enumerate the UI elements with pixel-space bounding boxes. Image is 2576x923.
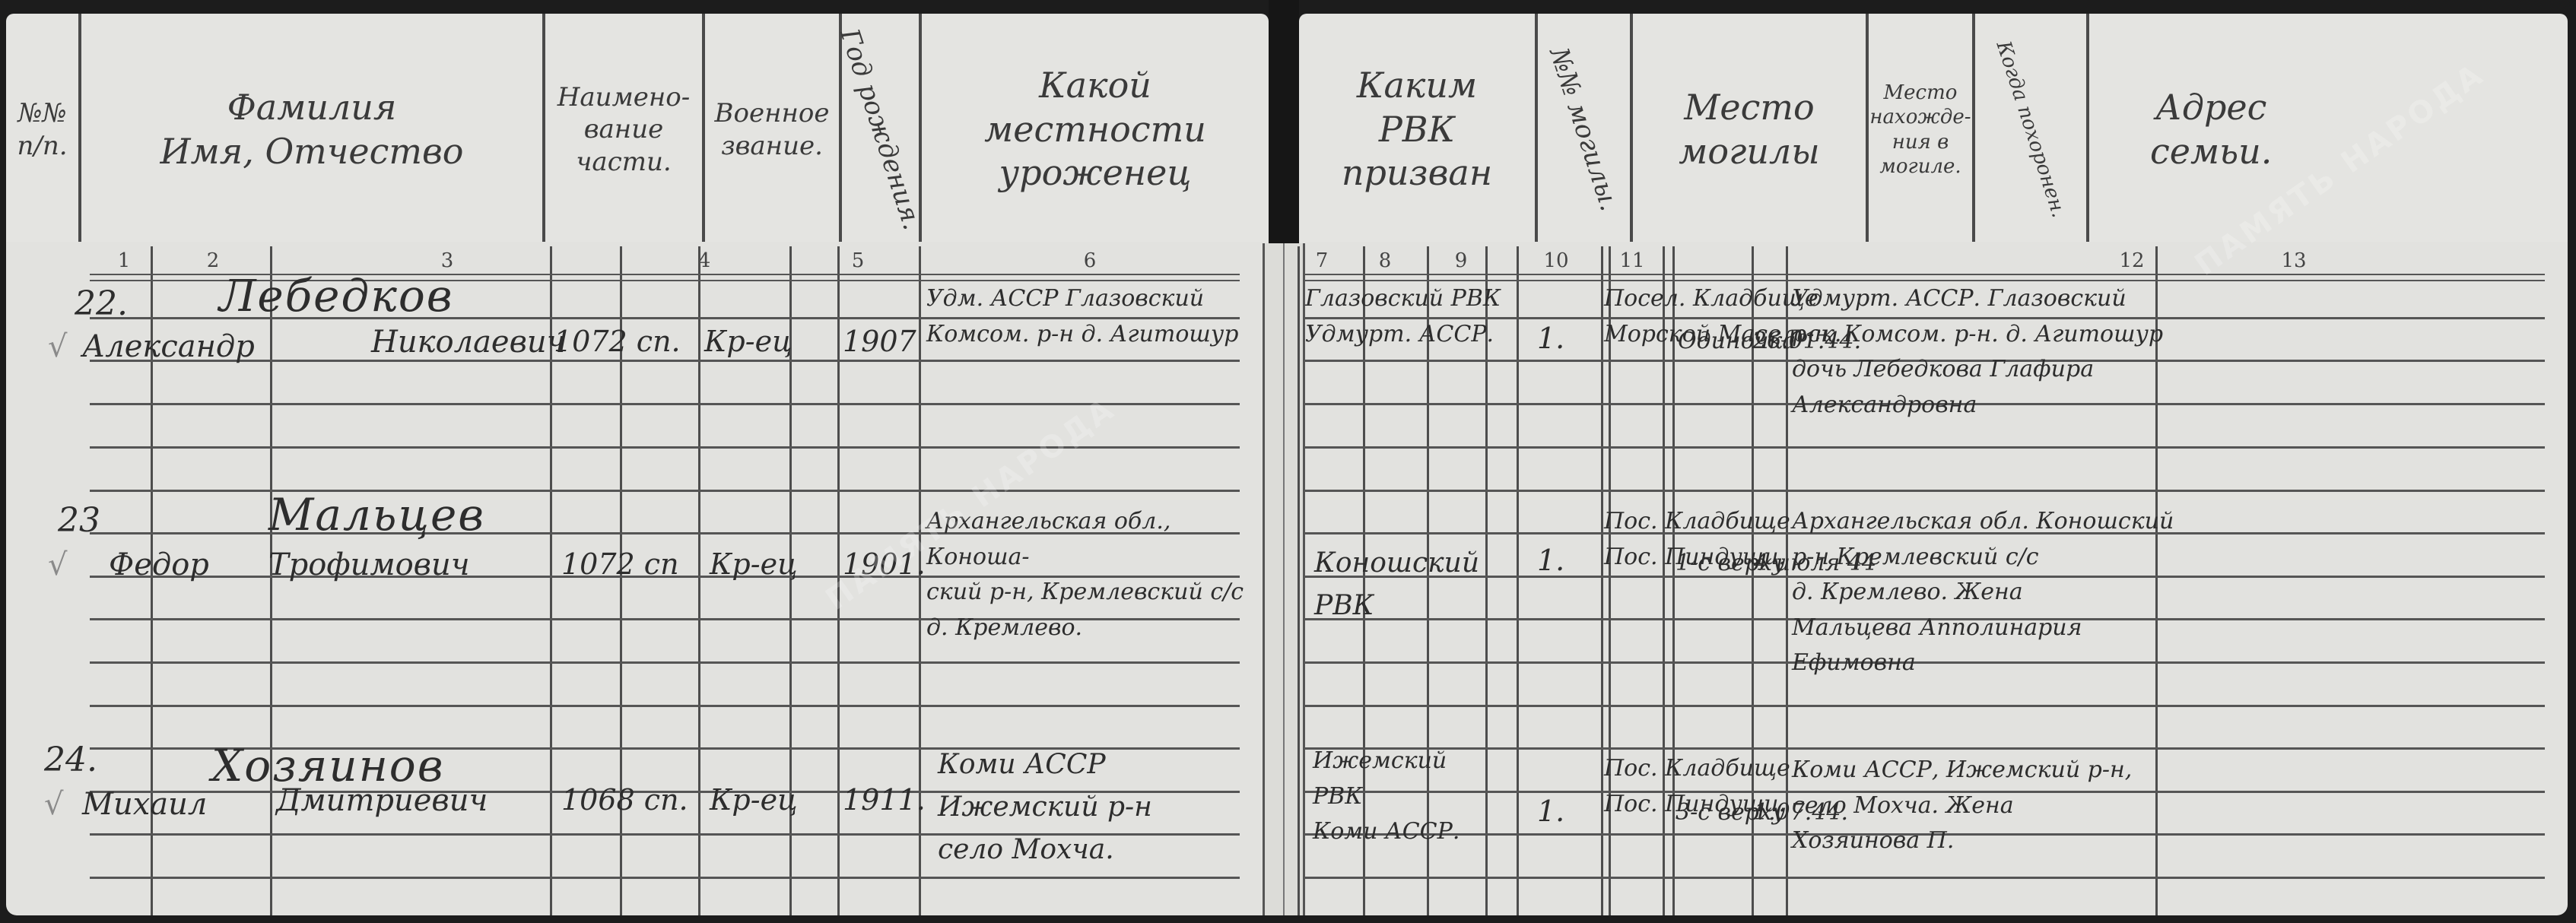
header-rank: Военное звание.: [702, 14, 839, 246]
register-spread: №№ п/п. Фамилия Имя, Отчество Наимено- в…: [0, 0, 2576, 923]
column-number: 6: [1084, 249, 1097, 272]
register-page-left: 1 2 3 4 5 6 22. √ Лебедков Алекса: [6, 242, 1263, 915]
record-surname: Мальцев: [268, 493, 485, 537]
grid-rule: [90, 705, 1240, 707]
grid-rule: [90, 490, 1240, 492]
grid-rule: [90, 877, 1240, 879]
book-gutter-shadow: [1269, 0, 1299, 251]
record-patronymic: Николаевич: [371, 327, 566, 357]
header-rvk: Каким РВК призван: [1299, 14, 1535, 246]
record-grave-number: 1.: [1537, 546, 1564, 575]
record-unit: 1072 сп: [561, 550, 679, 579]
header-grave-place: Место могилы: [1630, 14, 1866, 246]
grid-rule: [1305, 274, 2545, 281]
record-number: 23: [58, 504, 100, 538]
column-number: 3: [441, 249, 454, 272]
record-first-name: Александр: [82, 331, 255, 362]
checkmark-icon: √: [44, 789, 64, 820]
grid-rule: [1298, 246, 1300, 915]
grid-rule: [1305, 877, 2545, 879]
record-patronymic: Дмитриевич: [276, 785, 488, 816]
grid-rule: [1305, 705, 2545, 707]
record-number: 22.: [75, 287, 128, 321]
record-family-address: Коми АССР, Ижемский р-н, село Мохча. Жен…: [1792, 753, 2132, 859]
record-first-name: Михаил: [82, 789, 207, 820]
record-birth-year: 1911.: [843, 785, 926, 814]
record-birth-year: 1907: [843, 327, 916, 356]
grid-rule: [90, 661, 1240, 664]
header-burial-date-text: Когда похоронен.: [1990, 38, 2071, 220]
record-birthplace: Коми АССР Ижемский р-н село Мохча.: [938, 744, 1152, 871]
grid-rule: [1305, 747, 2545, 750]
checkmark-icon: √: [48, 550, 68, 580]
record-birth-year: 1901.: [843, 550, 926, 579]
record-birthplace: Удм. АССР Глазовский Комсом. р-н д. Агит…: [926, 281, 1238, 352]
record-patronymic: Трофимович: [268, 550, 470, 580]
record-first-name: Федор: [109, 550, 209, 580]
grid-rule: [1305, 490, 2545, 492]
record-rank: Кр-ец: [704, 327, 792, 356]
header-record-number: №№ п/п.: [6, 14, 78, 246]
header-position-in-grave: Место нахожде- ния в могиле.: [1866, 14, 1972, 246]
record-rank: Кр-ец: [710, 550, 798, 579]
record-rvk: Коношский РВК: [1314, 542, 1479, 627]
column-number: 10: [1543, 249, 1568, 272]
column-number: 7: [1316, 249, 1329, 272]
register-page-right: 7 8 9 10 11 12 13 Глазовский: [1305, 242, 2568, 915]
record-family-address: Удмурт. АССР. Глазовский р-н, Комсом. р-…: [1792, 281, 2163, 423]
header-birth-year: Год рождения.: [839, 14, 919, 246]
header-burial-date: Когда похоронен.: [1972, 14, 2086, 246]
header-birthplace: Какой местности уроженец: [919, 14, 1269, 246]
header-flap-right: Каким РВК призван №№ могилы. Место могил…: [1299, 14, 2568, 246]
column-number: 8: [1379, 249, 1392, 272]
column-number: 2: [207, 249, 220, 272]
header-unit: Наимено- вание части.: [542, 14, 702, 246]
column-number: 9: [1455, 249, 1468, 272]
record-grave-number: 1.: [1537, 797, 1564, 826]
grid-rule: [90, 446, 1240, 449]
header-full-name: Фамилия Имя, Отчество: [78, 14, 542, 246]
header-flap-left: №№ п/п. Фамилия Имя, Отчество Наимено- в…: [6, 14, 1269, 246]
grid-rule: [90, 403, 1240, 405]
record-birthplace: Архангельская обл., Коноша- ский р-н, Кр…: [926, 504, 1263, 645]
record-grave-number: 1.: [1537, 324, 1564, 353]
header-birth-year-text: Год рождения.: [833, 25, 929, 234]
record-number: 24.: [44, 744, 97, 777]
column-number: 12: [2119, 249, 2144, 272]
record-unit: 1072 сп.: [554, 327, 681, 356]
header-grave-number-text: №№ могилы.: [1542, 44, 1625, 215]
column-number: 5: [852, 249, 865, 272]
grid-rule: [837, 246, 840, 915]
record-surname: Лебедков: [219, 274, 454, 318]
record-rank: Кр-ец: [710, 785, 798, 814]
header-family-address: Адрес семьи.: [2086, 14, 2568, 246]
column-number: 13: [2281, 249, 2306, 272]
record-surname: Хозяинов: [211, 744, 444, 788]
grid-rule: [90, 360, 1240, 362]
checkmark-icon: √: [48, 331, 68, 362]
record-unit: 1068 сп.: [561, 785, 688, 814]
header-grave-number: №№ могилы.: [1535, 14, 1630, 246]
grid-rule: [1305, 446, 2545, 449]
record-rvk: Ижемский РВК Коми АССР.: [1313, 744, 1460, 850]
record-rvk: Глазовский РВК Удмурт. АССР.: [1305, 281, 1501, 352]
record-family-address: Архангельская обл. Коношский р-н Кремлев…: [1792, 504, 2174, 681]
grid-rule: [1601, 246, 1603, 915]
column-number: 11: [1619, 249, 1644, 272]
column-number: 1: [118, 249, 131, 272]
grid-rule: [1517, 246, 1519, 915]
grid-rule: [698, 246, 700, 915]
